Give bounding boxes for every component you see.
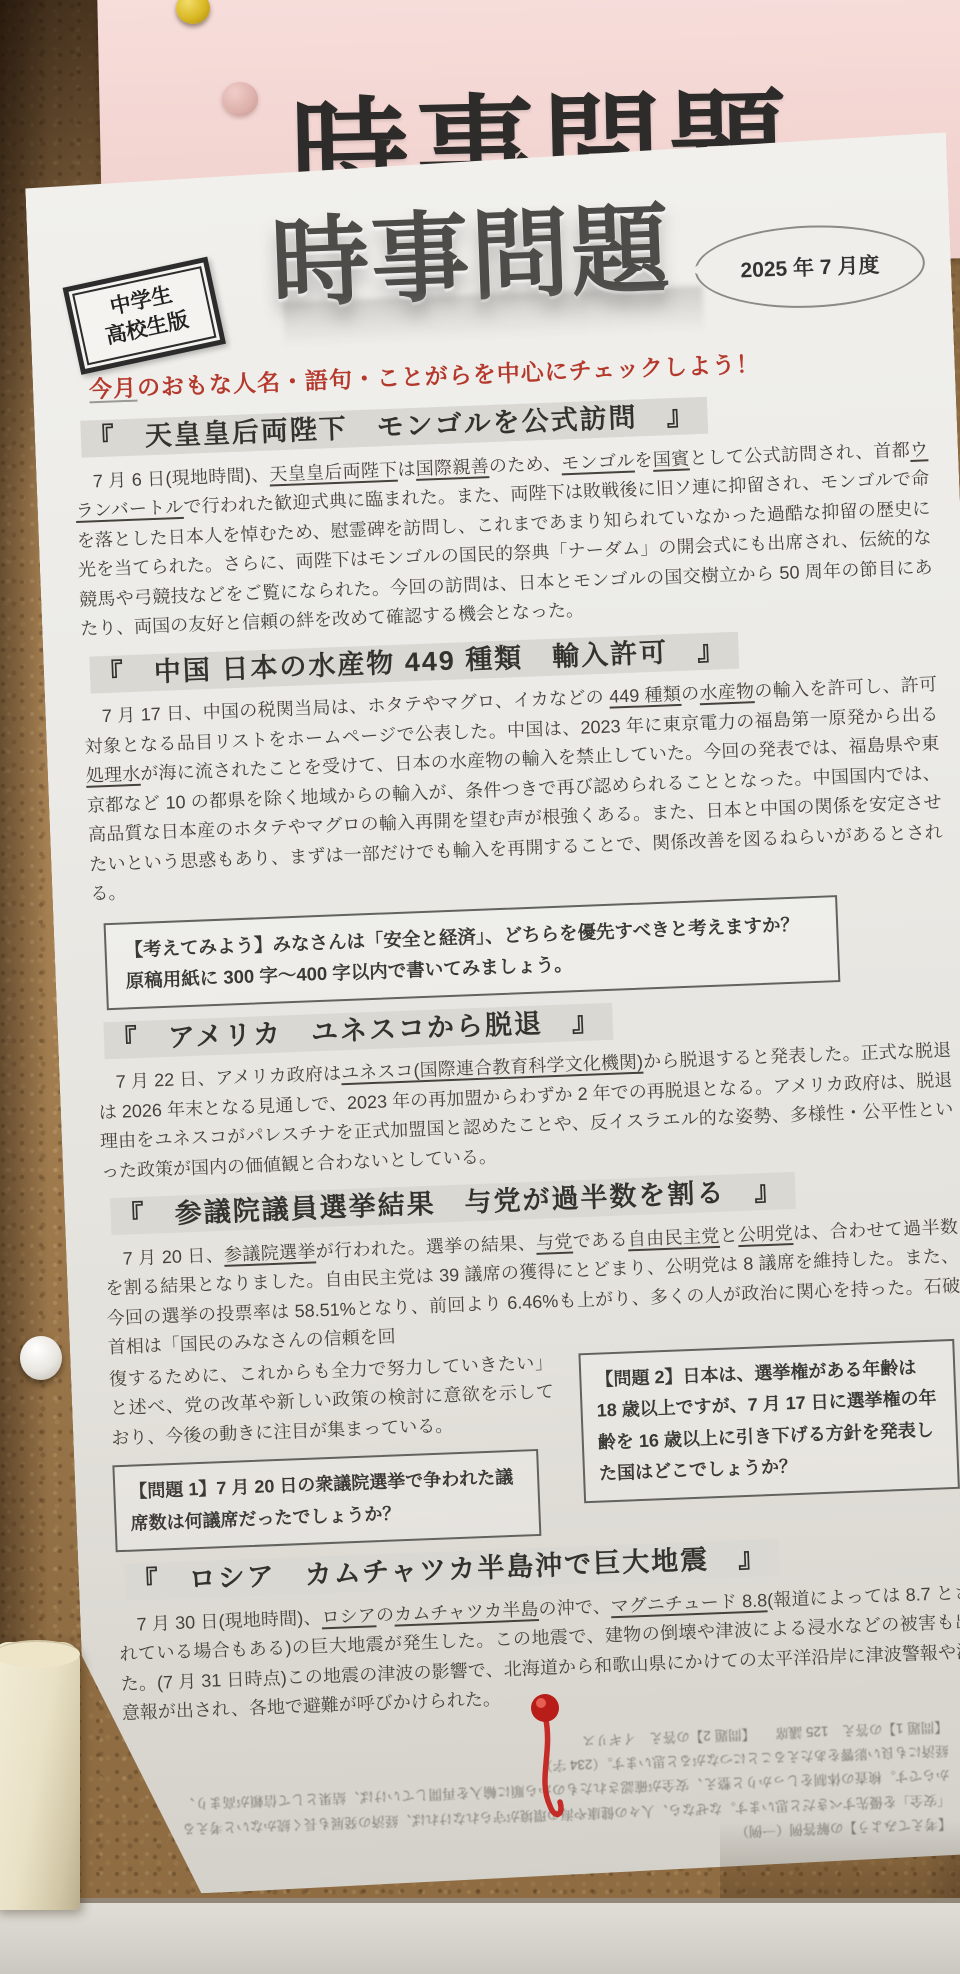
edition-badge: 中学生 高校生版 [63, 257, 226, 375]
section-china-seafood: 『 中国 日本の水産物 449 種類 輸入許可 』 7 月 17 日、中国の税関… [81, 622, 948, 1011]
section-body: 7 月 22 日、アメリカ政府はユネスコ(国際連合教育科学文化機関)から脱退する… [97, 1036, 955, 1187]
section-body-part2: 復するために、これからも全力で努力していきたい」と述べ、党の改革や新しい政策の検… [109, 1348, 556, 1454]
section-election: 『 参議院議員選挙結果 与党が過半数を割る 』 7 月 20 日、参議院選挙が行… [102, 1164, 960, 1553]
question2-box: 【問題 2】日本は、選挙権がある年齢は 18 歳以上ですが、7 月 17 日に選… [578, 1339, 959, 1503]
question-left-column: 復するために、これからも全力で努力していきたい」と述べ、党の改革や新しい政策の検… [109, 1348, 560, 1552]
red-pin-icon [518, 1688, 598, 1838]
section-body: 7 月 6 日(現地時間)、天皇皇后両陛下は国際親善のため、モンゴルを国賓として… [74, 435, 934, 645]
news-handout-paper: 中学生 高校生版 時事問題 2025 年 7 月度 今月のおもな人名・語句・こと… [25, 132, 960, 1897]
pink-push-pin-icon [222, 82, 258, 116]
ledge-shadow [720, 1820, 960, 1900]
section-emperor-mongolia: 『 天皇皇后両陛下 モンゴルを公式訪問 』 7 月 6 日(現地時間)、天皇皇后… [72, 386, 934, 644]
handout-header: 中学生 高校生版 時事問題 2025 年 7 月度 [63, 159, 923, 370]
question-right-column: 【問題 2】日本は、選挙権がある年齢は 18 歳以上ですが、7 月 17 日に選… [578, 1333, 960, 1535]
wall-ledge [0, 1898, 960, 1974]
date-bubble: 2025 年 7 月度 [693, 221, 926, 312]
edition-badge-label: 中学生 高校生版 [72, 266, 216, 365]
think-about-it-box: 【考えてみよう】みなさんは「安全と経済」、どちらを優先すべきと考えますか？ 原稿… [104, 895, 841, 1010]
white-push-pin-icon [20, 1336, 62, 1380]
paper-cup [0, 1642, 80, 1910]
red-push-pin-with-cord [518, 1688, 598, 1838]
question1-box: 【問題 1】7 月 20 日の衆議院選挙で争われた議席数は何議席だったでしょうか… [112, 1449, 541, 1552]
question-row: 復するために、これからも全力で努力していきたい」と述べ、党の改革や新しい政策の検… [109, 1332, 960, 1552]
section-usa-unesco: 『 アメリカ ユネスコから脱退 』 7 月 22 日、アメリカ政府はユネスコ(国… [95, 987, 955, 1186]
section-body: 7 月 17 日、中国の税関当局は、ホタテやマグロ、イカなどの 449 種類の水… [83, 670, 944, 909]
